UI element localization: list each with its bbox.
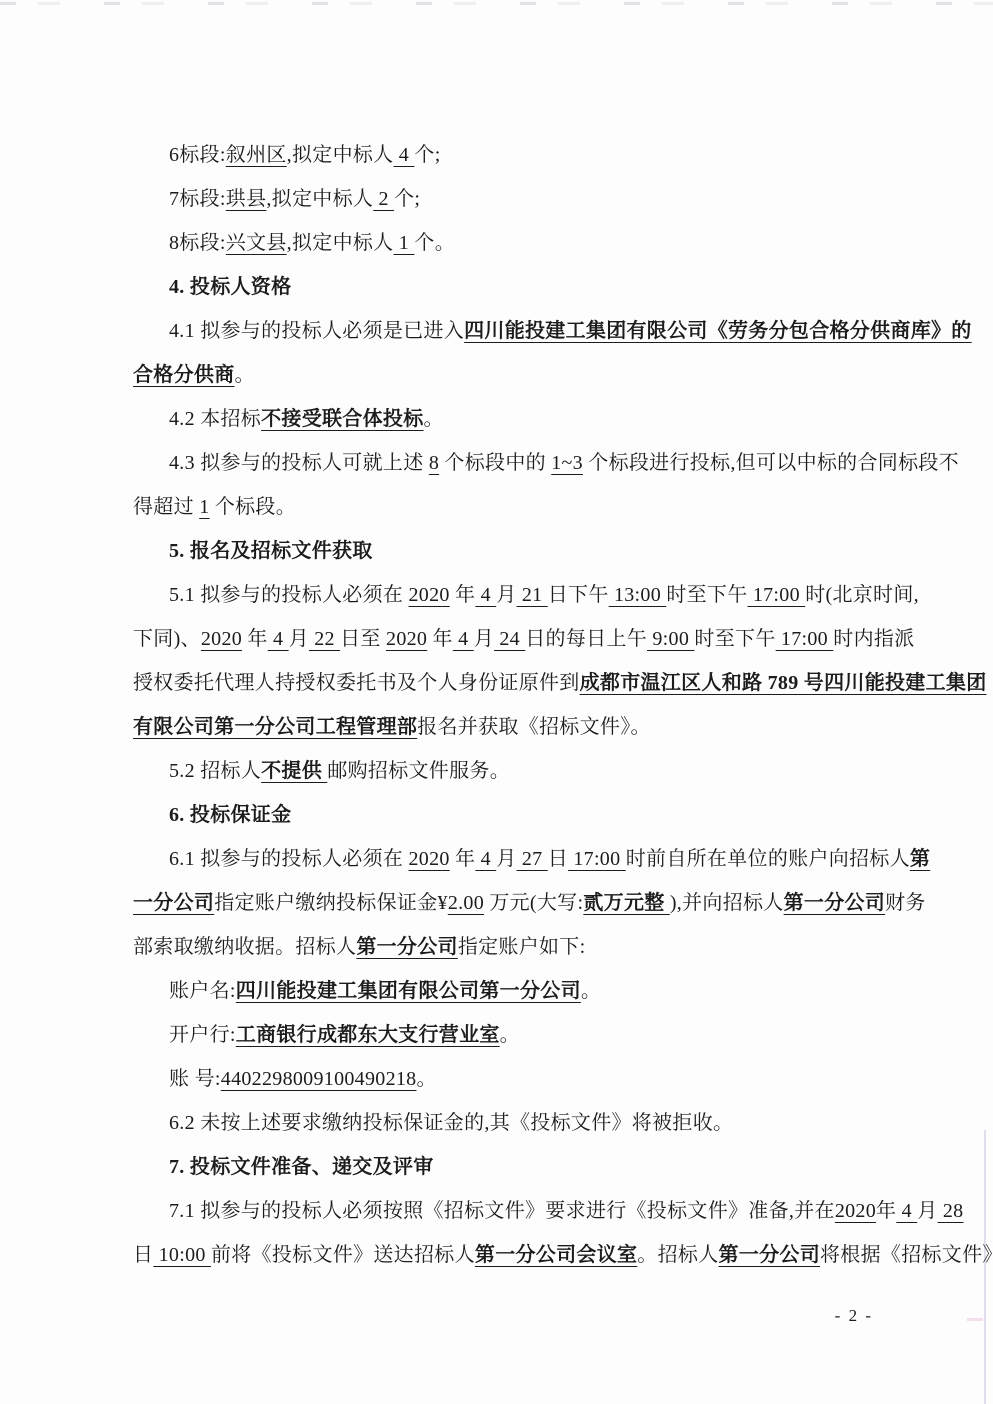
text-segment: 指定账户缴纳投标保证金¥: [214, 892, 448, 914]
text-segment: 四川能投建工集团有限公司第一分公司: [236, 980, 581, 1002]
text-segment: 6. 投标保证金: [169, 804, 291, 826]
text-segment: 9:00: [647, 628, 694, 650]
heading-line: 5. 报名及招标文件获取: [133, 529, 881, 573]
text-segment: 17:00: [776, 628, 834, 650]
text-line: 4.1 拟参与的投标人必须是已进入四川能投建工集团有限公司《劳务分包合格分供商库…: [133, 309, 881, 353]
text-segment: 时至下午: [694, 628, 775, 650]
text-segment: 年: [876, 1200, 896, 1222]
text-line: 4.3 拟参与的投标人可就上述 8 个标段中的 1~3 个标段进行投标,但可以中…: [133, 441, 881, 485]
text-segment: 13:00: [609, 584, 667, 606]
heading-line: 7. 投标文件准备、递交及评审: [133, 1145, 881, 1189]
heading-line: 4. 投标人资格: [133, 265, 881, 309]
text-line: 8标段:兴文县,拟定中标人 1 个。: [133, 221, 881, 265]
text-segment: 第一分公司: [356, 936, 458, 958]
text-segment: 下同)、: [133, 628, 201, 650]
text-segment: 日: [133, 1244, 153, 1266]
text-segment: ,拟定中标人: [287, 232, 394, 254]
text-segment: 第一分公司会议室: [475, 1244, 637, 1266]
text-segment: 1: [199, 496, 209, 518]
text-segment: 账 号:: [169, 1068, 221, 1090]
text-line: 得超过 1 个标段。: [133, 485, 881, 529]
scan-artifact-pink-dash: [967, 1318, 983, 1321]
text-segment: 5.2 招标人: [169, 760, 261, 782]
text-segment: 工商银行成都东大支行营业室: [236, 1024, 500, 1046]
heading-line: 6. 投标保证金: [133, 793, 881, 837]
page-number: - 2 -: [835, 1306, 873, 1326]
text-segment: 月: [474, 628, 494, 650]
text-segment: 财务: [885, 892, 926, 914]
text-segment: 4. 投标人资格: [169, 276, 291, 298]
text-segment: 2020: [201, 628, 242, 650]
text-segment: 合格分供商: [133, 364, 235, 386]
text-segment: 月: [496, 584, 516, 606]
text-line: 6.1 拟参与的投标人必须在 2020 年 4 月 27 日 17:00 时前自…: [133, 837, 881, 881]
text-segment: 2020: [835, 1200, 876, 1222]
text-segment: 万元(大写:: [484, 892, 583, 914]
text-segment: 4.2 本招标: [169, 408, 261, 430]
text-segment: 个;: [394, 188, 420, 210]
text-segment: 5.1 拟参与的投标人必须在: [169, 584, 409, 606]
text-segment: ,拟定中标人: [287, 144, 394, 166]
text-segment: 时(北京时间,: [805, 584, 919, 606]
text-line: 合格分供商。: [133, 353, 881, 397]
scan-artifact-top: [0, 2, 993, 5]
text-segment: 8: [429, 452, 439, 474]
text-segment: 22: [309, 628, 340, 650]
text-segment: 4.3 拟参与的投标人可就上述: [169, 452, 429, 474]
text-segment: 个;: [414, 144, 440, 166]
text-segment: 个标段中的: [439, 452, 551, 474]
text-segment: 6.1 拟参与的投标人必须在: [169, 848, 409, 870]
scan-artifact-right-line: [984, 1130, 986, 1404]
text-segment: ),并向招标人: [670, 892, 784, 914]
text-segment: 叙州区: [226, 144, 287, 166]
text-segment: 2.00: [448, 892, 484, 914]
text-segment: 。: [235, 364, 255, 386]
text-segment: 第一分公司: [719, 1244, 821, 1266]
text-line: 6.2 未按上述要求缴纳投标保证金的,其《投标文件》将被拒收。: [133, 1101, 881, 1145]
text-segment: 贰万元整: [583, 892, 670, 914]
text-line: 部索取缴纳收据。招标人第一分公司指定账户如下:: [133, 925, 881, 969]
text-segment: 月: [496, 848, 516, 870]
text-segment: 时至下午: [666, 584, 747, 606]
text-segment: 7.1 拟参与的投标人必须按照《招标文件》要求进行《投标文件》准备,并在: [169, 1200, 835, 1222]
text-segment: 日下午: [548, 584, 609, 606]
text-line: 4.2 本招标不接受联合体投标。: [133, 397, 881, 441]
text-segment: 不提供: [261, 760, 327, 782]
text-segment: 2020: [409, 584, 450, 606]
text-segment: 4.1 拟参与的投标人必须是已进入: [169, 320, 464, 342]
text-line: 下同)、2020 年 4 月 22 日至 2020 年 4 月 24 日的每日上…: [133, 617, 881, 661]
text-segment: 2020: [386, 628, 427, 650]
text-segment: 有限公司第一分公司工程管理部: [133, 716, 417, 738]
text-line: 授权委托代理人持授权委托书及个人身份证原件到成都市温江区人和路 789 号四川能…: [133, 661, 881, 705]
text-segment: 时内指派: [833, 628, 914, 650]
text-segment: 1: [393, 232, 414, 254]
text-segment: 月: [289, 628, 309, 650]
text-segment: 指定账户如下:: [458, 936, 586, 958]
text-segment: 时前自所在单位的账户向招标人: [626, 848, 910, 870]
text-segment: 17:00: [568, 848, 626, 870]
text-line: 有限公司第一分公司工程管理部报名并获取《招标文件》。: [133, 705, 881, 749]
text-segment: 4402298009100490218: [221, 1068, 417, 1090]
document-lines: 6标段:叙州区,拟定中标人 4 个;7标段:珙县,拟定中标人 2 个;8标段:兴…: [133, 133, 881, 1277]
text-segment: 部索取缴纳收据。招标人: [133, 936, 356, 958]
scanned-document-page: 6标段:叙州区,拟定中标人 4 个;7标段:珙县,拟定中标人 2 个;8标段:兴…: [0, 0, 993, 1404]
text-line: 开户行:工商银行成都东大支行营业室。: [133, 1013, 881, 1057]
text-segment: 。招标人: [637, 1244, 718, 1266]
text-segment: 年: [450, 584, 476, 606]
text-line: 6标段:叙州区,拟定中标人 4 个;: [133, 133, 881, 177]
text-segment: 。: [500, 1024, 520, 1046]
text-line: 7标段:珙县,拟定中标人 2 个;: [133, 177, 881, 221]
text-segment: 成都市温江区人和路 789 号四川能投建工集团: [580, 672, 987, 694]
text-line: 一分公司指定账户缴纳投标保证金¥2.00 万元(大写:贰万元整 ),并向招标人第…: [133, 881, 881, 925]
text-segment: 。: [581, 980, 601, 1002]
text-line: 5.1 拟参与的投标人必须在 2020 年 4 月 21 日下午 13:00 时…: [133, 573, 881, 617]
text-line: 账户名:四川能投建工集团有限公司第一分公司。: [133, 969, 881, 1013]
text-segment: ,拟定中标人: [266, 188, 373, 210]
text-line: 账 号:4402298009100490218。: [133, 1057, 881, 1101]
text-segment: 4: [475, 584, 496, 606]
text-segment: 年: [427, 628, 453, 650]
text-segment: 个标段进行投标,但可以中标的合同标段不: [583, 452, 959, 474]
text-segment: 1~3: [551, 452, 583, 474]
text-segment: 6标段:: [169, 144, 226, 166]
text-segment: 。: [416, 1068, 436, 1090]
text-segment: 6.2 未按上述要求缴纳投标保证金的,其《投标文件》将被拒收。: [169, 1112, 733, 1134]
text-segment: 。: [424, 408, 444, 430]
text-segment: 4: [475, 848, 496, 870]
text-segment: 17:00: [748, 584, 806, 606]
text-segment: 不接受联合体投标: [261, 408, 423, 430]
text-segment: 第: [910, 848, 930, 870]
text-segment: 得超过: [133, 496, 199, 518]
text-segment: 邮购招标文件服务。: [327, 760, 510, 782]
text-line: 日 10:00 前将《投标文件》送达招标人第一分公司会议室。招标人第一分公司将根…: [133, 1233, 881, 1277]
text-segment: 个。: [414, 232, 455, 254]
text-segment: 10:00: [153, 1244, 211, 1266]
text-segment: 4: [268, 628, 289, 650]
text-segment: 月: [917, 1200, 937, 1222]
text-segment: 授权委托代理人持授权委托书及个人身份证原件到: [133, 672, 580, 694]
text-line: 7.1 拟参与的投标人必须按照《招标文件》要求进行《投标文件》准备,并在2020…: [133, 1189, 881, 1233]
text-segment: 报名并获取《招标文件》。: [417, 716, 651, 738]
text-segment: 5. 报名及招标文件获取: [169, 540, 373, 562]
text-segment: 28: [938, 1200, 964, 1222]
text-segment: 2: [373, 188, 394, 210]
text-segment: 开户行:: [169, 1024, 236, 1046]
text-segment: 7标段:: [169, 188, 226, 210]
text-segment: 日的每日上午: [525, 628, 647, 650]
text-segment: 兴文县: [226, 232, 287, 254]
text-segment: 24: [494, 628, 525, 650]
text-segment: 前将《投标文件》送达招标人: [211, 1244, 475, 1266]
text-segment: 4: [393, 144, 414, 166]
text-segment: 7. 投标文件准备、递交及评审: [169, 1156, 434, 1178]
text-segment: 4: [453, 628, 474, 650]
text-segment: 个标段。: [210, 496, 297, 518]
text-segment: 年: [450, 848, 476, 870]
text-segment: 四川能投建工集团有限公司《劳务分包合格分供商库》的: [464, 320, 972, 342]
text-segment: 账户名:: [169, 980, 236, 1002]
text-line: 5.2 招标人不提供 邮购招标文件服务。: [133, 749, 881, 793]
text-segment: 将根据《招标文件》: [820, 1244, 993, 1266]
text-segment: 日至: [340, 628, 386, 650]
text-segment: 27: [517, 848, 548, 870]
text-segment: 第一分公司: [784, 892, 886, 914]
text-segment: 珙县: [226, 188, 267, 210]
text-segment: 8标段:: [169, 232, 226, 254]
text-segment: 一分公司: [133, 892, 214, 914]
text-segment: 年: [242, 628, 268, 650]
text-segment: 日: [548, 848, 568, 870]
text-segment: 2020: [409, 848, 450, 870]
text-segment: 4: [896, 1200, 917, 1222]
text-segment: 21: [517, 584, 548, 606]
